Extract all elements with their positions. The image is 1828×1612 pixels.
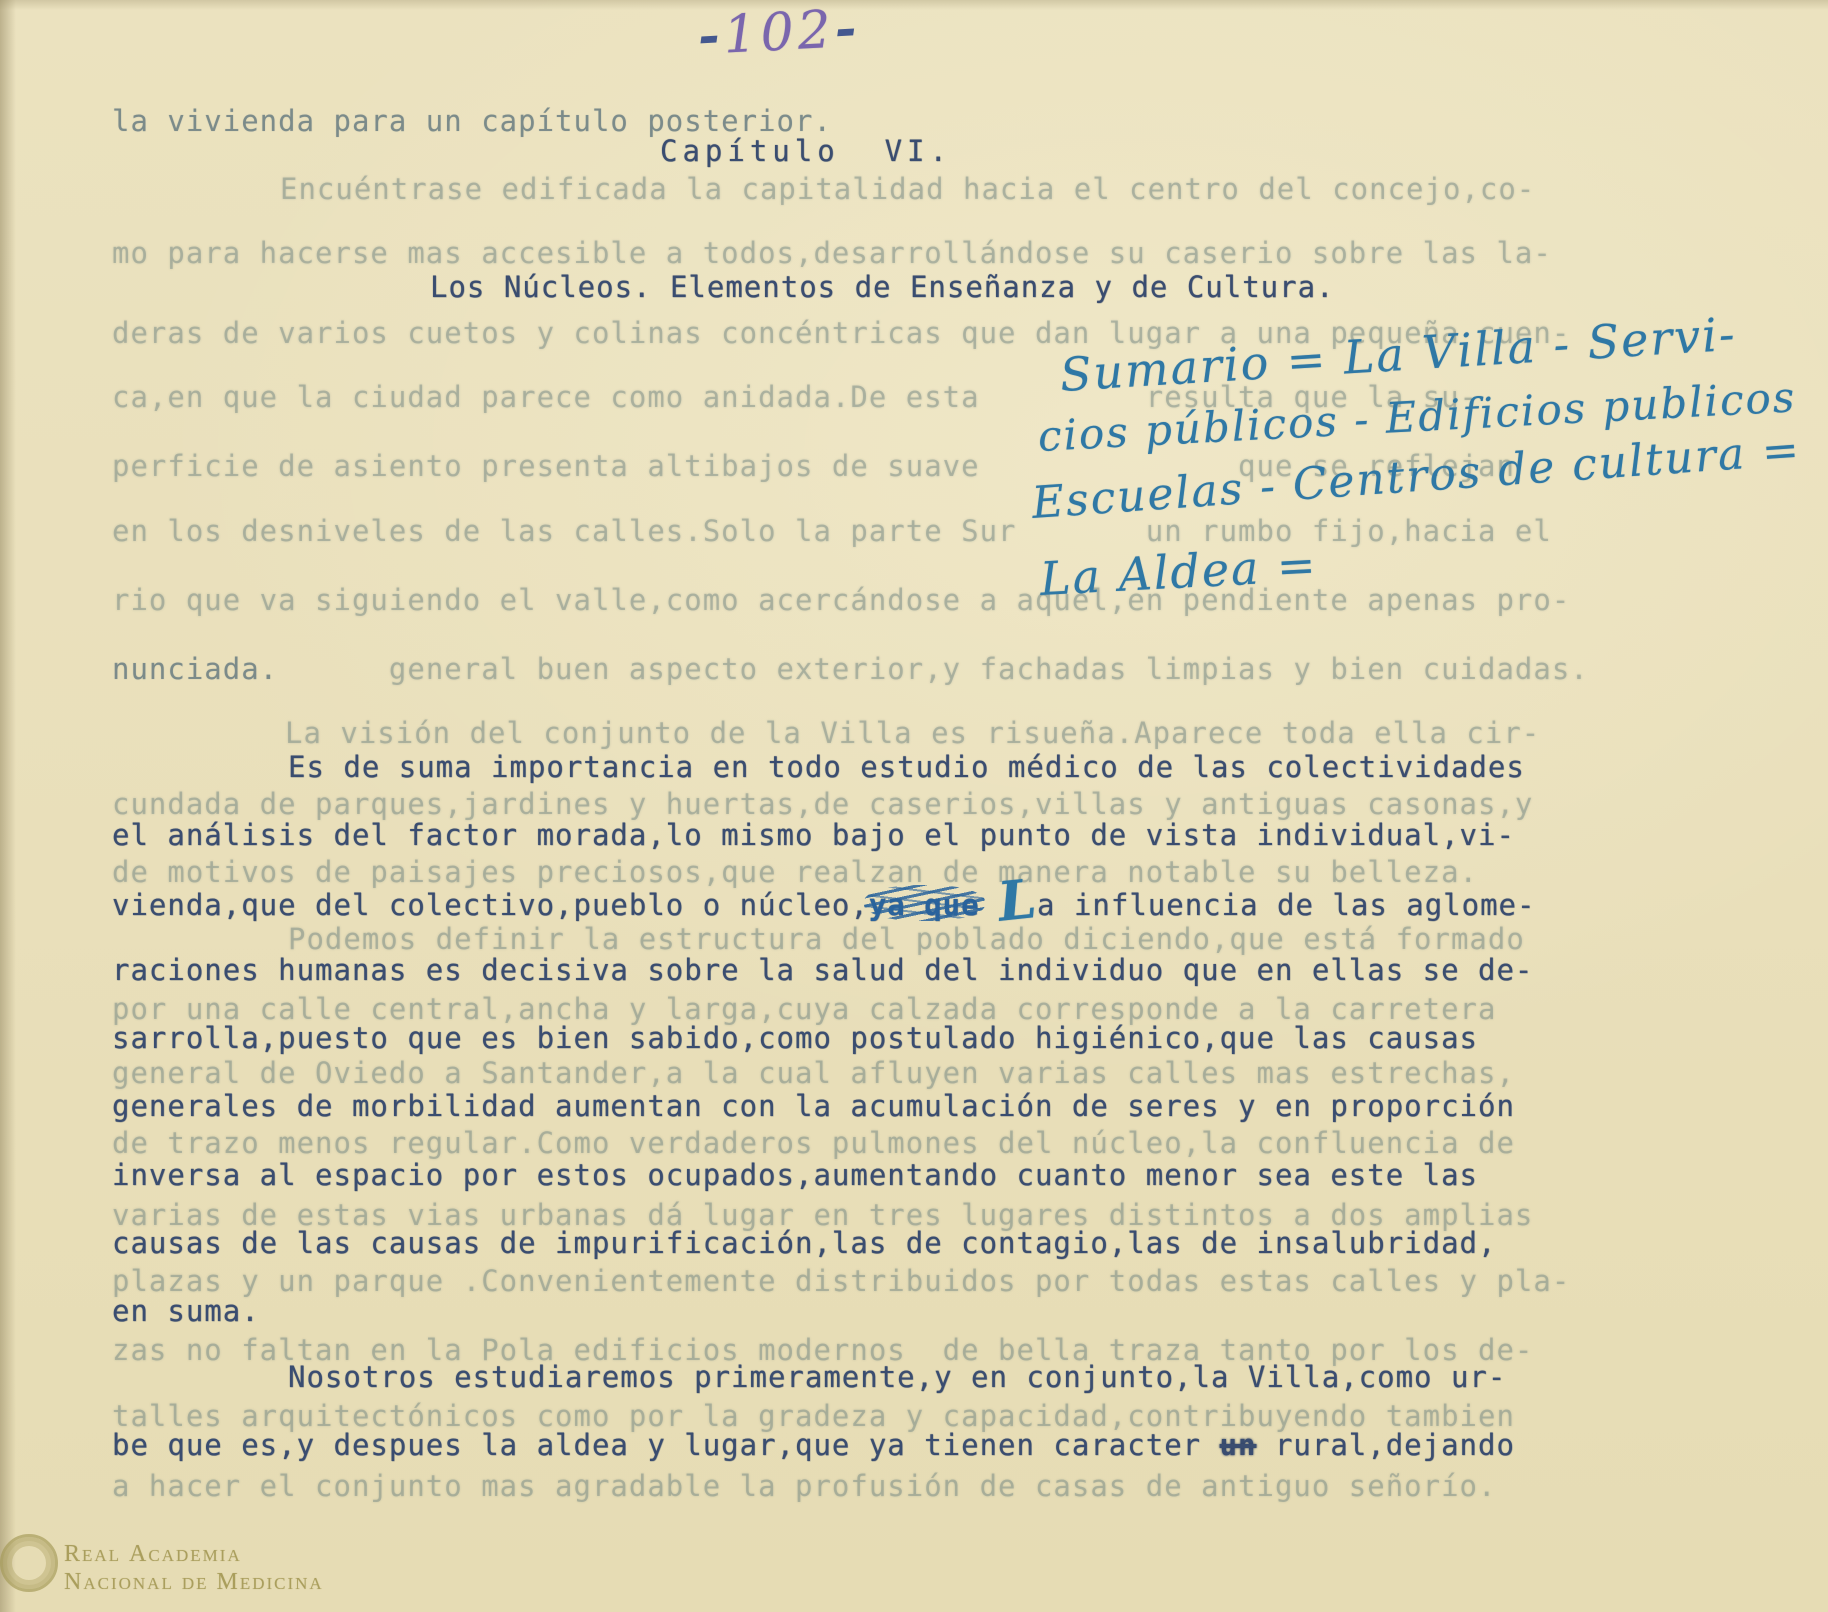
typed-line: en suma. — [112, 1294, 260, 1328]
watermark: Real Academia Nacional de Medicina — [64, 1540, 324, 1596]
typed-line: vienda,que del colectivo,pueblo o núcleo… — [112, 886, 1535, 922]
ghost-text-line: Encuéntrase edificada la capitalidad hac… — [280, 172, 1535, 206]
ghost-text-fragment: general buen aspecto exterior,y fachadas… — [278, 652, 1589, 686]
section-title: Los Núcleos. Elementos de Enseñanza y de… — [430, 270, 1335, 304]
watermark-seal-icon — [0, 1534, 58, 1592]
ghost-text-line: de motivos de paisajes preciosos,que rea… — [112, 855, 1478, 889]
ghost-text-line: Podemos definir la estructura del poblad… — [288, 922, 1525, 956]
chapter-heading: Capítulo VI. — [660, 134, 952, 168]
typed-fragment: be que es,y despues la aldea y lugar,que… — [112, 1428, 1220, 1462]
ghost-text-line: nunciada. general buen aspecto exterior,… — [112, 652, 1589, 686]
ghost-text-line: mo para hacerse mas accesible a todos,de… — [112, 236, 1552, 270]
typed-line: sarrolla,puesto que es bien sabido,como … — [112, 1021, 1478, 1055]
typed-fragment: vienda,que del colectivo,pueblo o núcleo… — [112, 888, 869, 922]
overtyped-struck-word: un — [1220, 1428, 1257, 1462]
page-left-edge-shadow — [0, 0, 16, 1612]
ghost-text-fragment: nunciada. — [112, 652, 278, 686]
ghost-text-line: cundada de parques,jardines y huertas,de… — [112, 787, 1533, 821]
typed-fragment: rural,dejando — [1257, 1428, 1515, 1462]
page-number: -102- — [696, 0, 861, 67]
ghost-text-line: la vivienda para un capítulo posterior. — [112, 104, 832, 138]
typed-line: el análisis del factor morada,lo mismo b… — [112, 818, 1515, 852]
page-number-dash: - — [833, 0, 862, 60]
ghost-text-line: en los desniveles de las calles.Solo la … — [112, 514, 1552, 548]
typed-line: inversa al espacio por estos ocupados,au… — [112, 1158, 1478, 1192]
typed-line: be que es,y despues la aldea y lugar,que… — [112, 1428, 1515, 1462]
typed-line: Nosotros estudiaremos primeramente,y en … — [288, 1360, 1506, 1394]
handwritten-capital-letter: L — [997, 888, 1038, 912]
typed-line: raciones humanas es decisiva sobre la sa… — [112, 953, 1533, 987]
page-top-edge-shadow — [0, 0, 1828, 10]
ghost-text-line: La visión del conjunto de la Villa es ri… — [285, 716, 1540, 750]
ghost-text-line: rio que va siguiendo el valle,como acerc… — [112, 583, 1570, 617]
manuscript-page: -102- la vivienda para un capítulo poste… — [0, 0, 1828, 1612]
page-number-digits: 102 — [722, 0, 836, 66]
scribbled-out-words: ya que — [869, 888, 980, 922]
watermark-line-2: Nacional de Medicina — [64, 1568, 324, 1596]
typed-fragment: a influencia de las aglome- — [1037, 888, 1535, 922]
ghost-text-line: general de Oviedo a Santander,a la cual … — [112, 1056, 1515, 1090]
typed-line: causas de las causas de impurificación,l… — [112, 1226, 1496, 1260]
page-number-dash: - — [696, 5, 725, 67]
ghost-text-line: plazas y un parque .Convenientemente dis… — [112, 1264, 1570, 1298]
ghost-text-line: a hacer el conjunto mas agradable la pro… — [112, 1469, 1496, 1503]
typed-line: Es de suma importancia en todo estudio m… — [288, 750, 1525, 784]
ghost-text-line: de trazo menos regular.Como verdaderos p… — [112, 1126, 1515, 1160]
typed-line: generales de morbilidad aumentan con la … — [112, 1089, 1515, 1123]
watermark-line-1: Real Academia — [64, 1540, 324, 1568]
